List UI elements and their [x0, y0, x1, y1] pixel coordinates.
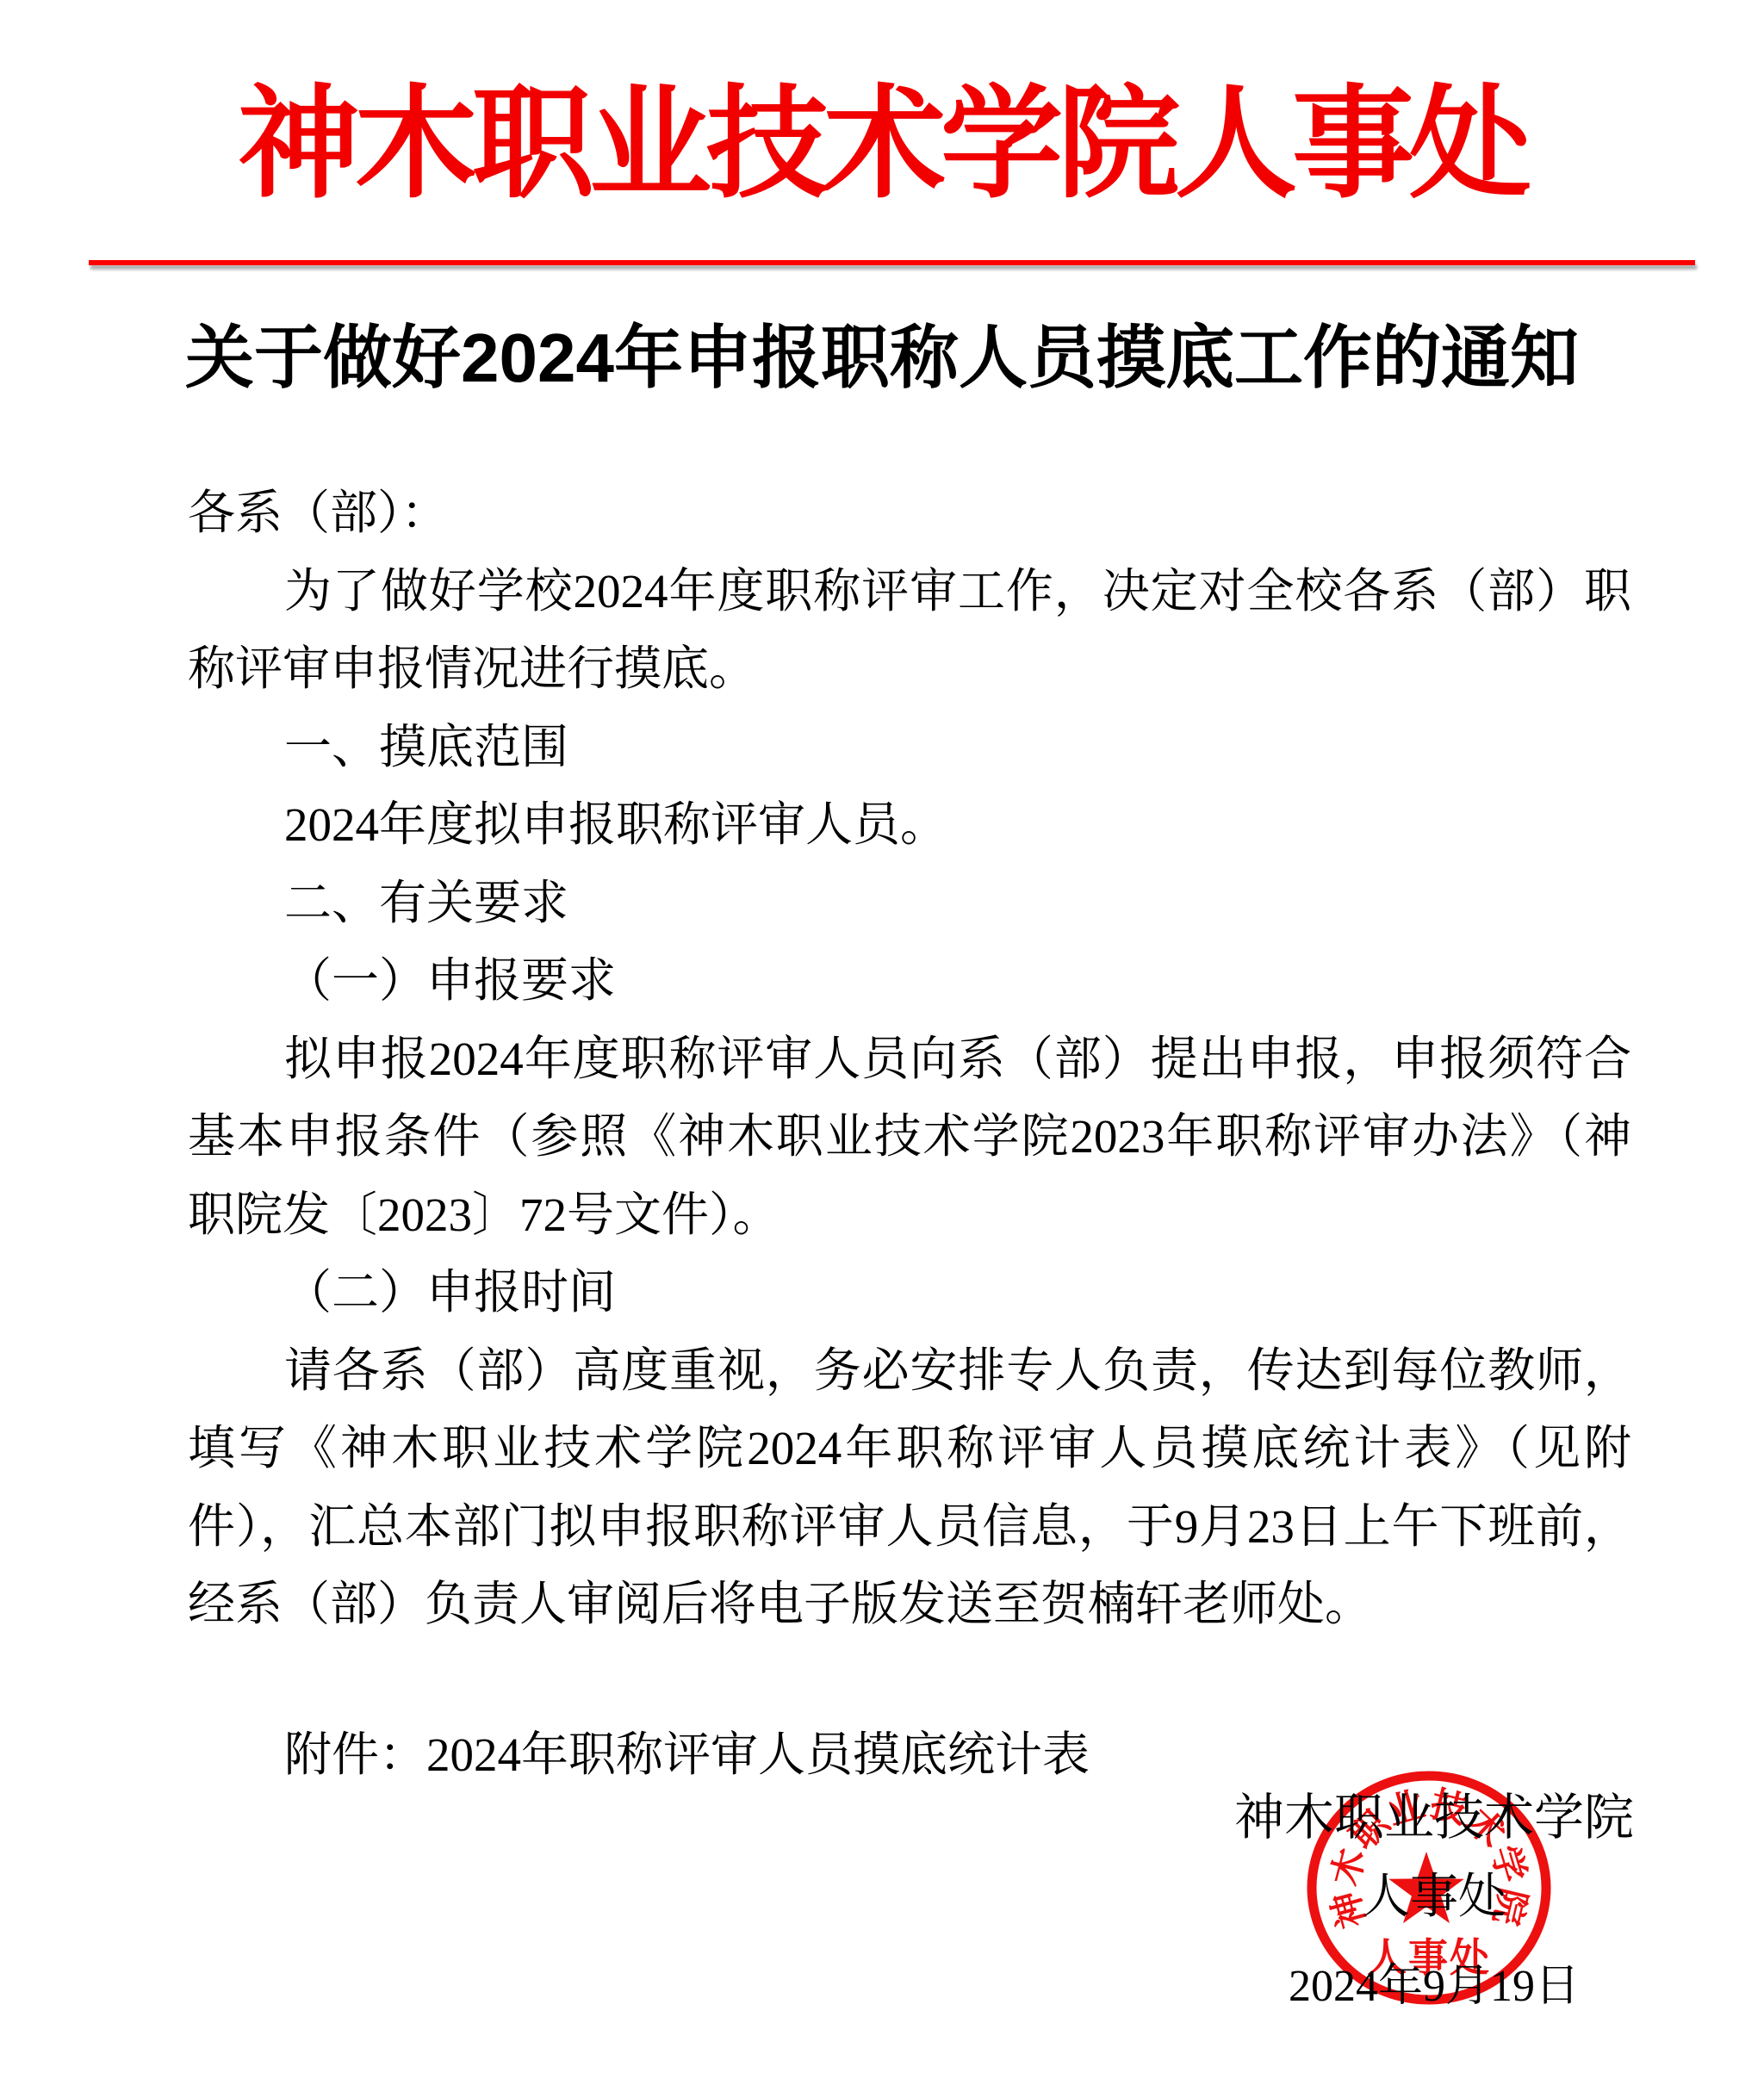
section-heading: 一、摸底范围: [188, 709, 1631, 787]
notice-body: 各系（部）： 为了做好学校2024年度职称评审工作，决定对全校各系（部）职 称评…: [188, 475, 1631, 1794]
section-heading: 二、有关要求: [188, 865, 1631, 943]
masthead-title: 神木职业技术学院人事处: [0, 79, 1764, 210]
body-line: 填写《神木职业技术学院2024年职称评审人员摸底统计表》（见附: [188, 1410, 1631, 1488]
sub-heading: （一）申报要求: [188, 942, 1631, 1021]
body-line: 件），汇总本部门拟申报职称评审人员信息，于9月23日上午下班前，: [188, 1488, 1631, 1567]
notice-title: 关于做好2024年申报职称人员摸底工作的通知: [0, 317, 1764, 400]
seal-ring-text: 神木职业技术学院: [1326, 1784, 1533, 1932]
body-line: 拟申报2024年度职称评审人员向系（部）提出申报，申报须符合: [188, 1021, 1631, 1099]
red-divider-line: [89, 260, 1695, 265]
star-icon: [1388, 1852, 1464, 1923]
body-line: 基本申报条件（参照《神木职业技术学院2023年职称评审办法》（神: [188, 1098, 1631, 1176]
body-line: 经系（部）负责人审阅后将电子版发送至贺楠轩老师处。: [188, 1566, 1631, 1644]
body-line: 2024年度拟申报职称评审人员。: [188, 786, 1631, 865]
official-seal: 神木职业技术学院 人事处: [1300, 1759, 1558, 2017]
body-line: 称评审申报情况进行摸底。: [188, 630, 1631, 709]
body-line: 为了做好学校2024年度职称评审工作，决定对全校各系（部）职: [188, 553, 1631, 631]
notice-document-page: 神木职业技术学院人事处 关于做好2024年申报职称人员摸底工作的通知 各系（部）…: [0, 0, 1764, 2085]
salutation-line: 各系（部）：: [188, 475, 1631, 553]
body-line: 请各系（部）高度重视，务必安排专人负责，传达到每位教师，: [188, 1332, 1631, 1411]
sub-heading: （二）申报时间: [188, 1254, 1631, 1332]
seal-bottom-text: 人事处: [1367, 1936, 1491, 1980]
body-line: 职院发〔2023〕72号文件）。: [188, 1176, 1631, 1255]
